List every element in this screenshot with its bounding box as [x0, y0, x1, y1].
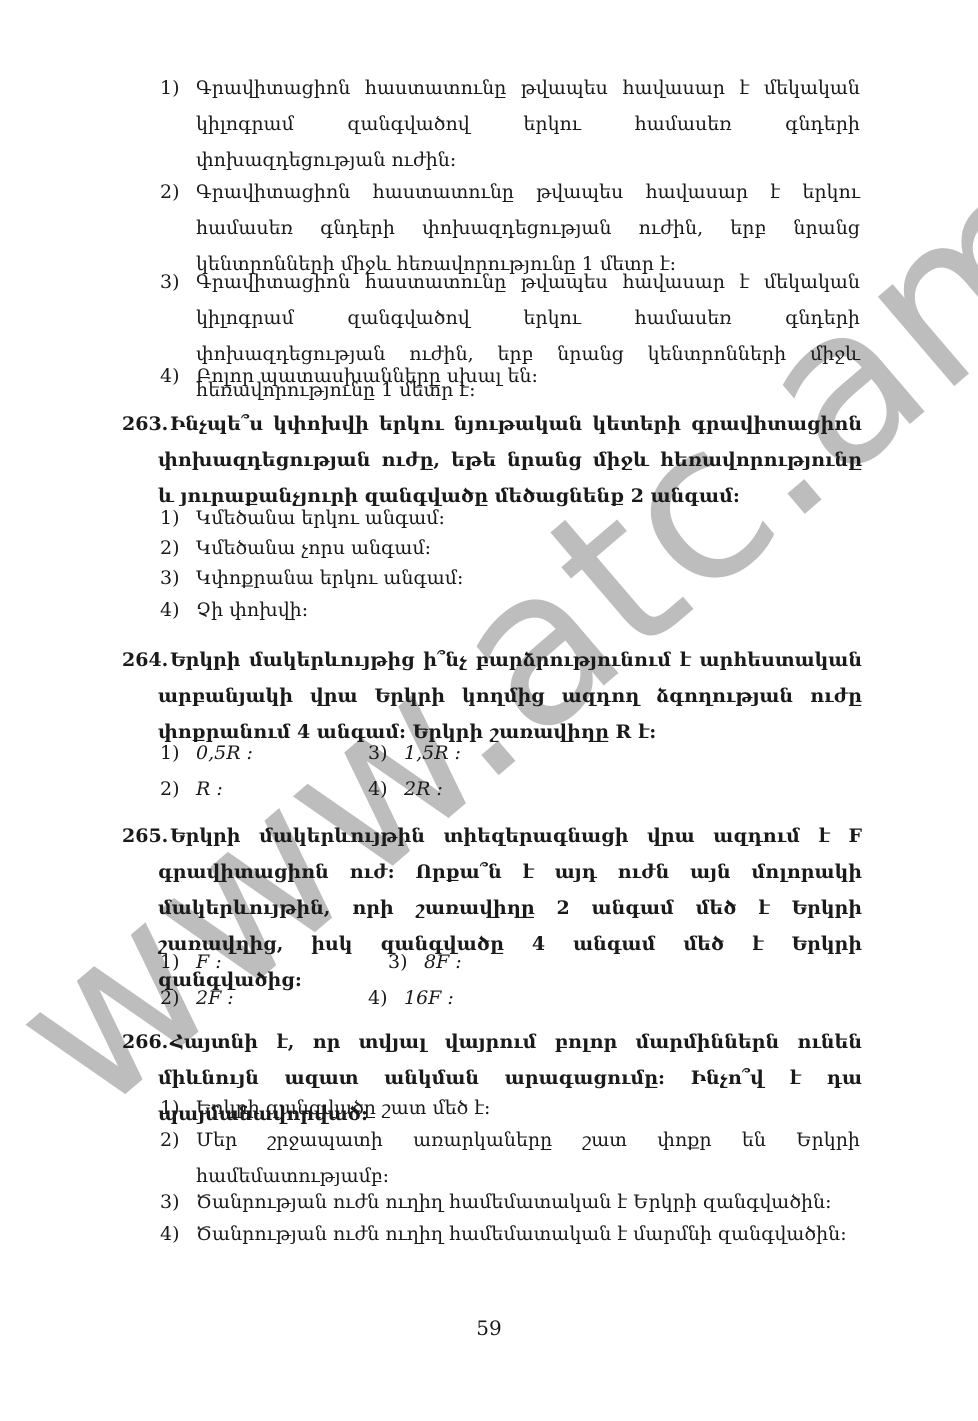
- option-text: Բոլոր պատասխանները սխալ են:: [196, 358, 860, 394]
- q266-option-1: 1) Երկրի զանգվածը շատ մեծ է:: [160, 1090, 860, 1126]
- option-text: Երկրի զանգվածը շատ մեծ է:: [196, 1090, 860, 1126]
- question-263: 263. Ինչպե՞ս կփոխվի երկու նյութական կետե…: [122, 406, 862, 514]
- question-number: 265.: [122, 818, 168, 854]
- q265-option-2: 2)2F :: [160, 980, 234, 1016]
- option-text: 1,5R :: [404, 742, 461, 764]
- q265-option-3: 3)8F :: [388, 944, 462, 980]
- page-number: 59: [0, 1316, 978, 1340]
- q266-option-3: 3) Ծանրության ուժն ուղիղ համեմատական է Ե…: [160, 1184, 860, 1220]
- option-text: Ծանրության ուժն ուղիղ համեմատական է մարմ…: [196, 1216, 860, 1252]
- q264-option-4: 4)2R :: [368, 771, 443, 807]
- option-number: 3): [160, 1184, 180, 1220]
- question-number: 266.: [122, 1024, 168, 1060]
- option-text: F :: [196, 951, 222, 973]
- q263-option-4: 4) Չի փոխվի:: [160, 592, 860, 628]
- question-265: 265. Երկրի մակերևույթին տիեզերագնացի վրա…: [122, 818, 862, 998]
- prev-option-4: 4) Բոլոր պատասխանները սխալ են:: [160, 358, 860, 394]
- option-text: Կփոքրանա երկու անգամ:: [196, 560, 860, 596]
- option-number: 4): [160, 592, 180, 628]
- prev-option-1: 1) Գրավիտացիոն հաստատունը թվապես հավասար…: [160, 70, 860, 178]
- q265-option-4: 4)16F :: [368, 980, 454, 1016]
- option-number: 3): [160, 264, 180, 300]
- option-text: 16F :: [404, 987, 454, 1009]
- option-number: 2): [160, 174, 180, 210]
- q264-option-3: 3)1,5R :: [368, 735, 461, 771]
- option-text: Չի փոխվի:: [196, 592, 860, 628]
- question-264: 264. Երկրի մակերևույթից ի՞նչ բարձրությու…: [122, 642, 862, 750]
- question-text: Ինչպե՞ս կփոխվի երկու նյութական կետերի գր…: [158, 406, 862, 514]
- q265-option-1: 1)F :: [160, 944, 222, 980]
- option-number: 4): [160, 358, 180, 394]
- q264-option-2: 2)R :: [160, 771, 223, 807]
- option-text: Ծանրության ուժն ուղիղ համեմատական է Երկր…: [196, 1184, 860, 1220]
- question-text: Երկրի մակերևույթին տիեզերագնացի վրա ազդո…: [158, 818, 862, 998]
- question-number: 263.: [122, 406, 168, 442]
- option-text: 8F :: [424, 951, 462, 973]
- option-number: 4): [160, 1216, 180, 1252]
- option-number: 1): [160, 1090, 180, 1126]
- option-text: 2R :: [404, 778, 443, 800]
- option-number: 3): [160, 560, 180, 596]
- option-text: 2F :: [196, 987, 234, 1009]
- textbook-page: www.atc.am 1) Գրավիտացիոն հաստատունը թվա…: [0, 0, 978, 1421]
- option-text: Գրավիտացիոն հաստատունը թվապես հավասար է …: [196, 70, 860, 178]
- option-number: 2): [160, 1122, 180, 1158]
- q266-option-4: 4) Ծանրության ուժն ուղիղ համեմատական է մ…: [160, 1216, 860, 1252]
- question-number: 264.: [122, 642, 168, 678]
- option-number: 1): [160, 70, 180, 106]
- q264-option-1: 1)0,5R :: [160, 735, 253, 771]
- question-text: Երկրի մակերևույթից ի՞նչ բարձրությունում …: [158, 642, 862, 750]
- option-text: R :: [196, 778, 223, 800]
- option-text: 0,5R :: [196, 742, 253, 764]
- q263-option-3: 3) Կփոքրանա երկու անգամ:: [160, 560, 860, 596]
